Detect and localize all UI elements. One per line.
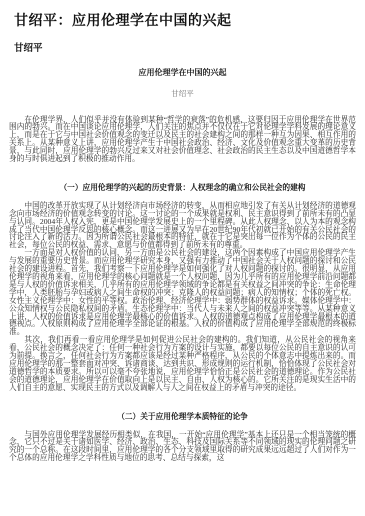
page-title: 甘绍平：应用伦理学在中国的兴起 xyxy=(14,12,351,30)
intro-paragraph: 在伦理学界，人们似乎并没有体验到某种“哲学的衰落”的危机感，这要归因于应用伦理学… xyxy=(9,116,356,163)
page-author: 甘绍平 xyxy=(14,40,351,54)
article-author: 甘绍平 xyxy=(0,88,365,99)
article-title: 应用伦理学在中国的兴起 xyxy=(0,67,365,78)
section-1-paragraph-1: 中国的改革开放实现了从计划经济向市场经济的转变，从而相应地引发了有关从计划经济的… xyxy=(9,202,356,249)
section-1-paragraph-3: 其次，我们再看一看应用伦理学是如何促进公民社会的建构的。我们知道，从公民社会的视… xyxy=(9,336,356,391)
section-2-paragraph-1: 与国外应用伦理学发展经历相类似，在我国，一开始“应用伦理学”基本上还只是一个相当… xyxy=(9,431,356,463)
section-1-paragraph-2: 一方面是对人权价值的认同，另一方面是公民社会的建设，这两个因素构成了中国应用伦理… xyxy=(9,249,356,336)
section-1-heading: （一）应用伦理学的兴起的历史背景：人权理念的确立和公民社会的建构 xyxy=(9,184,356,192)
article-body: 在伦理学界，人们似乎并没有体验到某种“哲学的衰落”的危机感，这要归因于应用伦理学… xyxy=(9,116,356,463)
section-2-heading: （二）关于应用伦理学本质特征的论争 xyxy=(9,413,356,421)
article-page: 甘绍平：应用伦理学在中国的兴起 甘绍平 应用伦理学在中国的兴起 甘绍平 在伦理学… xyxy=(0,0,365,516)
